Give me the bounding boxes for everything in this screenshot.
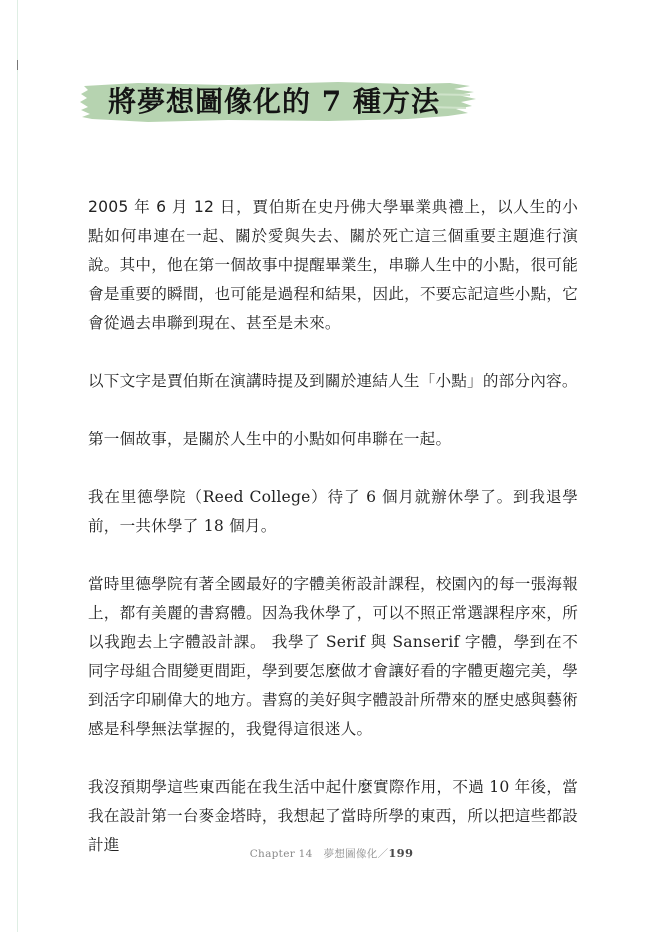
footer-chapter-title: 夢想圖像化	[324, 848, 378, 860]
paragraph-first-story: 第一個故事，是關於人生中的小點如何串聯在一起。	[88, 425, 578, 454]
section-title-banner: 將夢想圖像化的 7 種方法	[78, 80, 478, 124]
page-footer: Chapter 14 夢想圖像化／199	[0, 846, 663, 861]
page-number: 199	[388, 846, 413, 860]
section-title: 將夢想圖像化的 7 種方法	[108, 83, 440, 121]
footer-chapter: Chapter 14	[250, 848, 313, 860]
paragraph-reed-college: 我在里德學院（Reed College）待了 6 個月就辦休學了。到我退學前，一…	[88, 483, 578, 541]
paragraph-quote-intro: 以下文字是賈伯斯在演講時提及到關於連結人生「小點」的部分內容。	[88, 367, 578, 396]
footer-separator: ／	[378, 848, 389, 860]
page-edge-mark	[17, 60, 18, 70]
paragraph-intro: 2005 年 6 月 12 日，賈伯斯在史丹佛大學畢業典禮上，以人生的小點如何串…	[88, 193, 578, 338]
paragraph-calligraphy: 當時里德學院有著全國最好的字體美術設計課程，校園內的每一張海報上，都有美麗的書寫…	[88, 570, 578, 744]
page-edge-line	[17, 0, 18, 932]
body-content: 2005 年 6 月 12 日，賈伯斯在史丹佛大學畢業典禮上，以人生的小點如何串…	[88, 193, 578, 860]
